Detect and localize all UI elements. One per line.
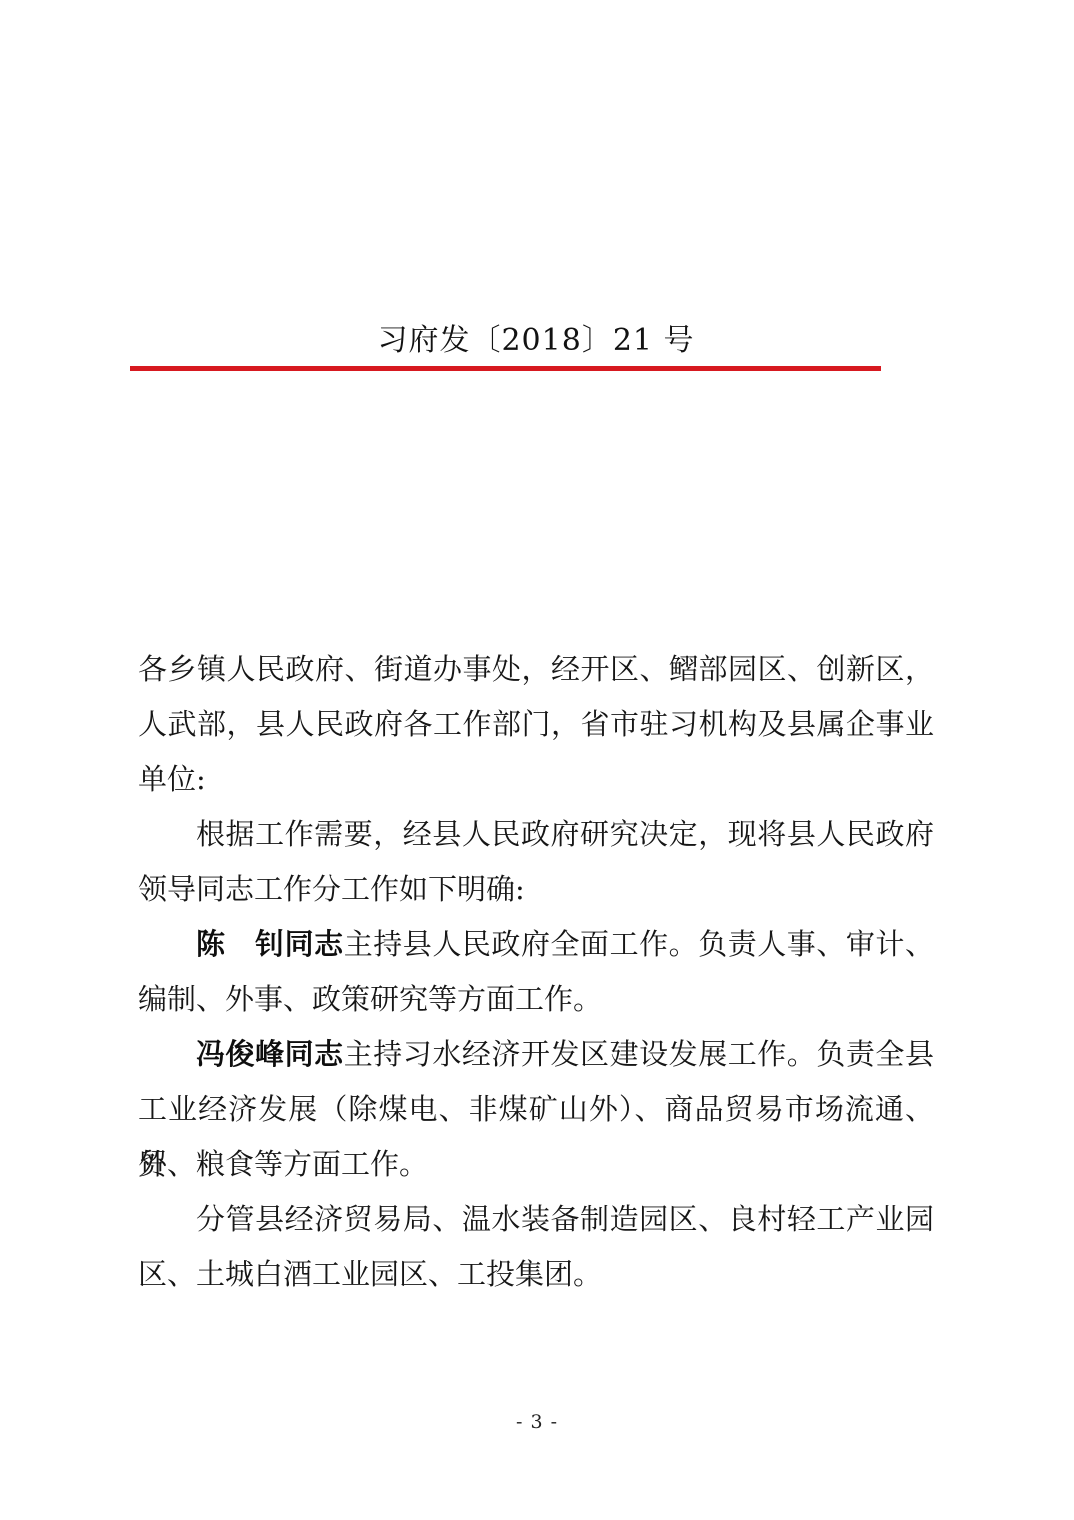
line-text: 编制、外事、政策研究等方面工作。 — [138, 982, 602, 1016]
line-text: 根据工作需要，经县人民政府研究决定，现将县人民政府 — [196, 817, 934, 851]
body-line: 区、土城白酒工业园区、工投集团。 — [138, 1247, 934, 1302]
line-text: 区、土城白酒工业园区、工投集团。 — [138, 1257, 602, 1291]
line-text: 贸、粮食等方面工作。 — [138, 1147, 428, 1181]
body-line: 工业经济发展（除煤电、非煤矿山外）、商品贸易市场流通、外 — [138, 1082, 934, 1137]
leader-name: 冯俊峰同志 — [196, 1037, 344, 1071]
line-text: 单位: — [138, 762, 206, 796]
body-line: 陈 钊同志主持县人民政府全面工作。负责人事、审计、 — [138, 917, 934, 972]
document-body: 各乡镇人民政府、街道办事处，经开区、鳛部园区、创新区， 人武部，县人民政府各工作… — [138, 642, 934, 1302]
red-divider-line — [130, 366, 881, 371]
line-text: 领导同志工作分工作如下明确: — [138, 872, 525, 906]
line-text: 人武部，县人民政府各工作部门，省市驻习机构及县属企事业 — [138, 707, 934, 741]
body-line: 各乡镇人民政府、街道办事处，经开区、鳛部园区、创新区， — [138, 642, 934, 697]
line-text: 分管县经济贸易局、温水装备制造园区、良村轻工产业园 — [196, 1202, 934, 1236]
line-text: 主持习水经济开发区建设发展工作。负责全县 — [344, 1037, 934, 1071]
body-line: 根据工作需要，经县人民政府研究决定，现将县人民政府 — [138, 807, 934, 862]
body-line: 贸、粮食等方面工作。 — [138, 1137, 934, 1192]
body-line: 冯俊峰同志主持习水经济开发区建设发展工作。负责全县 — [138, 1027, 934, 1082]
line-text: 主持县人民政府全面工作。负责人事、审计、 — [344, 927, 934, 961]
body-line: 分管县经济贸易局、温水装备制造园区、良村轻工产业园 — [138, 1192, 934, 1247]
page-number: - 3 - — [0, 1408, 1074, 1436]
body-line: 单位: — [138, 752, 934, 807]
body-line: 编制、外事、政策研究等方面工作。 — [138, 972, 934, 1027]
line-text: 各乡镇人民政府、街道办事处，经开区、鳛部园区、创新区， — [138, 652, 934, 686]
document-page: 习府发〔2018〕21 号 各乡镇人民政府、街道办事处，经开区、鳛部园区、创新区… — [0, 0, 1074, 1520]
leader-name: 陈 钊同志 — [196, 927, 344, 961]
body-line: 领导同志工作分工作如下明确: — [138, 862, 934, 917]
doc-number-heading: 习府发〔2018〕21 号 — [138, 322, 934, 360]
body-line: 人武部，县人民政府各工作部门，省市驻习机构及县属企事业 — [138, 697, 934, 752]
